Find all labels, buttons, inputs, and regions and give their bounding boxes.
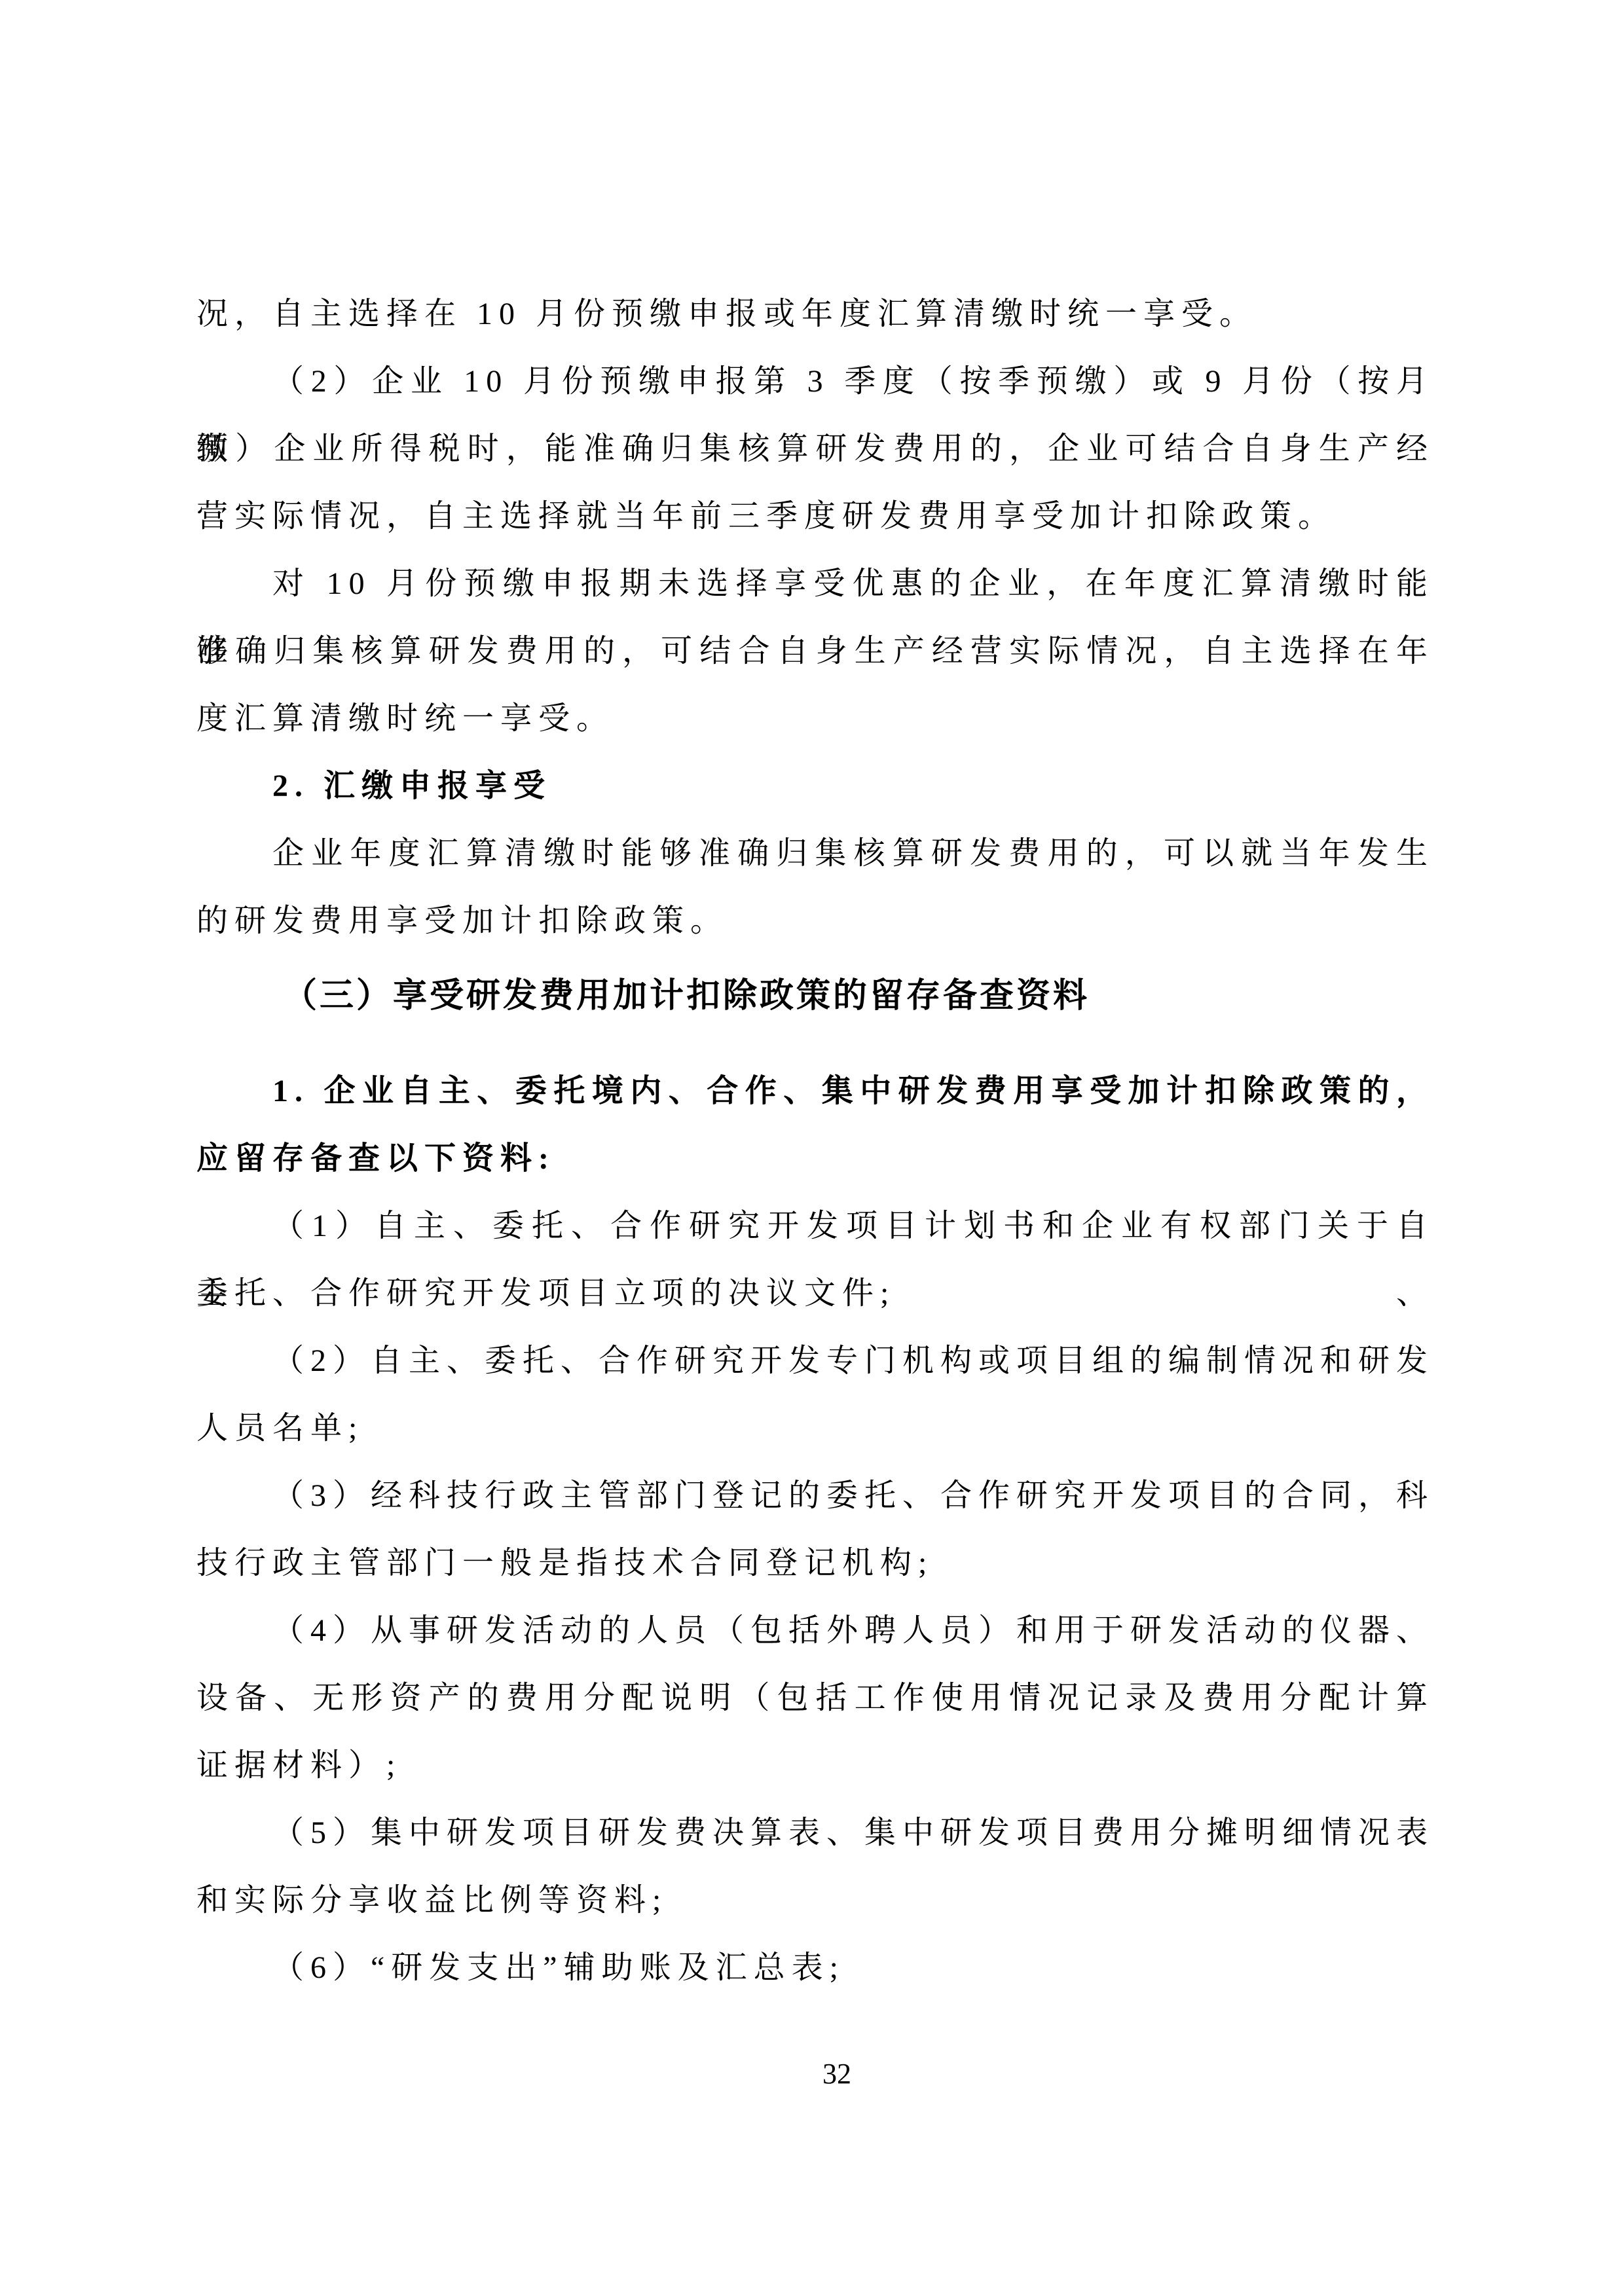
- text-line: 况，自主选择在 10 月份预缴申报或年度汇算清缴时统一享受。: [196, 280, 1434, 348]
- text-line: 企业年度汇算清缴时能够准确归集核算研发费用的，可以就当年发生: [196, 820, 1434, 887]
- text-line: 技行政主管部门一般是指技术合同登记机构;: [196, 1529, 1434, 1597]
- text-line: 的研发费用享受加计扣除政策。: [196, 887, 1434, 955]
- document-page: 况，自主选择在 10 月份预缴申报或年度汇算清缴时统一享受。（2）企业 10 月…: [0, 0, 1624, 2296]
- document-body: 况，自主选择在 10 月份预缴申报或年度汇算清缴时统一享受。（2）企业 10 月…: [196, 280, 1434, 2001]
- text-line: 营实际情况，自主选择就当年前三季度研发费用享受加计扣除政策。: [196, 483, 1434, 550]
- text-line: （2）企业 10 月份预缴申报第 3 季度（按季预缴）或 9 月份（按月预: [196, 348, 1434, 415]
- page-number: 32: [822, 2058, 851, 2090]
- text-line: 证据材料）;: [196, 1732, 1434, 1799]
- text-line: 对 10 月份预缴申报期未选择享受优惠的企业，在年度汇算清缴时能够: [196, 550, 1434, 617]
- text-line: （3）经科技行政主管部门登记的委托、合作研究开发项目的合同，科: [196, 1462, 1434, 1529]
- text-line: 和实际分享收益比例等资料;: [196, 1867, 1434, 1934]
- section-heading: （三）享受研发费用加计扣除政策的留存备查资料: [196, 962, 1434, 1030]
- text-line: 1. 企业自主、委托境内、合作、集中研发费用享受加计扣除政策的，: [196, 1057, 1434, 1125]
- text-line: （4）从事研发活动的人员（包括外聘人员）和用于研发活动的仪器、: [196, 1597, 1434, 1664]
- text-line: （2）自主、委托、合作研究开发专门机构或项目组的编制情况和研发: [196, 1327, 1434, 1394]
- text-line: （5）集中研发项目研发费决算表、集中研发项目费用分摊明细情况表: [196, 1799, 1434, 1867]
- text-line: 度汇算清缴时统一享受。: [196, 685, 1434, 752]
- text-line: 2. 汇缴申报享受: [196, 752, 1434, 820]
- text-line: 设备、无形资产的费用分配说明（包括工作使用情况记录及费用分配计算: [196, 1664, 1434, 1732]
- text-line: 缴）企业所得税时，能准确归集核算研发费用的，企业可结合自身生产经: [196, 415, 1434, 483]
- text-line: （6）“研发支出”辅助账及汇总表;: [196, 1934, 1434, 2001]
- text-line: 应留存备查以下资料:: [196, 1125, 1434, 1192]
- text-line: （1）自主、委托、合作研究开发项目计划书和企业有权部门关于自主、: [196, 1192, 1434, 1260]
- text-line: 人员名单;: [196, 1394, 1434, 1462]
- text-line: 准确归集核算研发费用的，可结合自身生产经营实际情况，自主选择在年: [196, 617, 1434, 685]
